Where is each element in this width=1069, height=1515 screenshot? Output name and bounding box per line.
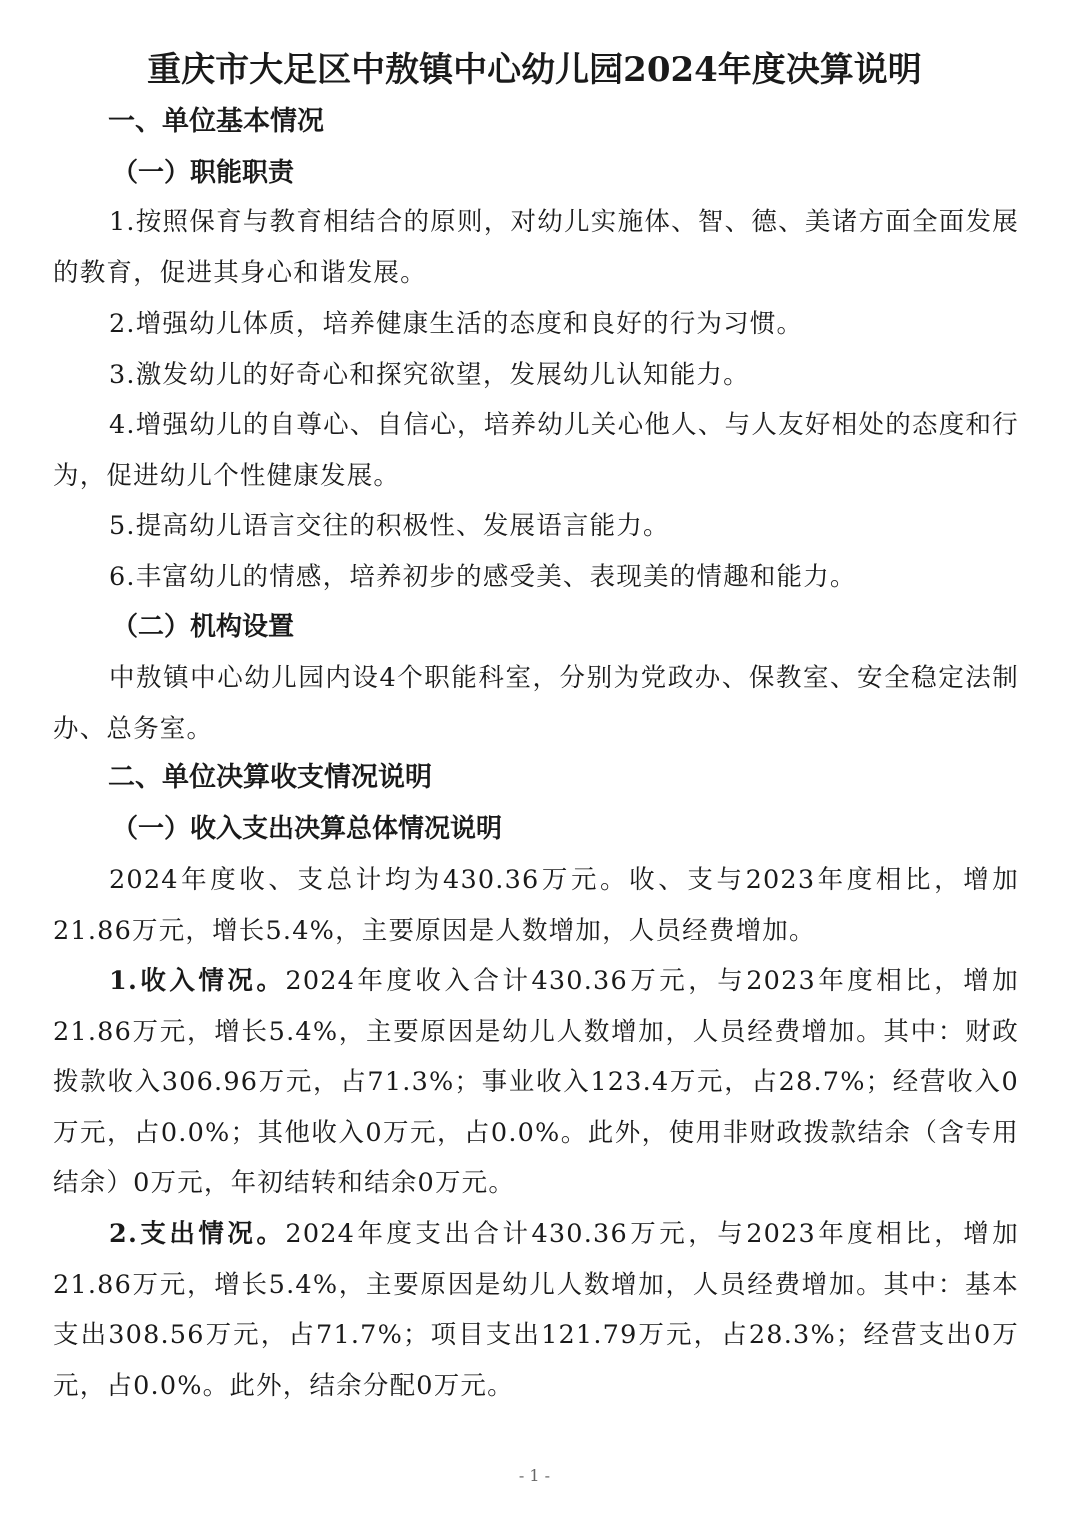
subsection-heading-functions: （一）职能职责 — [112, 155, 294, 191]
structure-text: 中敖镇中心幼儿园内设4个职能科室，分别为党政办、保教室、安全稳定法制办、总务室。 — [53, 653, 1019, 754]
function-item-6: 6.丰富幼儿的情感，培养初步的感受美、表现美的情趣和能力。 — [53, 552, 1019, 603]
subsection-heading-overall: （一）收入支出决算总体情况说明 — [112, 811, 502, 847]
function-item-3: 3.激发幼儿的好奇心和探究欲望，发展幼儿认知能力。 — [53, 350, 1019, 401]
function-item-1: 1.按照保育与教育相结合的原则，对幼儿实施体、智、德、美诸方面全面发展的教育，促… — [53, 197, 1019, 298]
document-page: 重庆市大足区中敖镇中心幼儿园2024年度决算说明 一、单位基本情况 （一）职能职… — [0, 0, 1069, 1515]
subsection-heading-structure: （二）机构设置 — [112, 609, 294, 645]
income-text: 2024年度收入合计430.36万元，与2023年度相比，增加21.86万元，增… — [53, 966, 1019, 1198]
expense-label: 2.支出情况。 — [109, 1219, 285, 1249]
section-heading-basic-info: 一、单位基本情况 — [108, 104, 324, 140]
function-item-4: 4.增强幼儿的自尊心、自信心，培养幼儿关心他人、与人友好相处的态度和行为，促进幼… — [53, 400, 1019, 501]
section-heading-budget: 二、单位决算收支情况说明 — [108, 760, 432, 796]
function-item-5: 5.提高幼儿语言交往的积极性、发展语言能力。 — [53, 501, 1019, 552]
function-item-2: 2.增强幼儿体质，培养健康生活的态度和良好的行为习惯。 — [53, 299, 1019, 350]
expense-paragraph: 2.支出情况。2024年度支出合计430.36万元，与2023年度相比，增加21… — [53, 1209, 1019, 1411]
overall-summary: 2024年度收、支总计均为430.36万元。收、支与2023年度相比，增加21.… — [53, 855, 1019, 956]
document-title: 重庆市大足区中敖镇中心幼儿园2024年度决算说明 — [0, 48, 1069, 92]
page-number: - 1 - — [0, 1466, 1069, 1485]
income-label: 1.收入情况。 — [109, 966, 285, 996]
income-paragraph: 1.收入情况。2024年度收入合计430.36万元，与2023年度相比，增加21… — [53, 956, 1019, 1209]
